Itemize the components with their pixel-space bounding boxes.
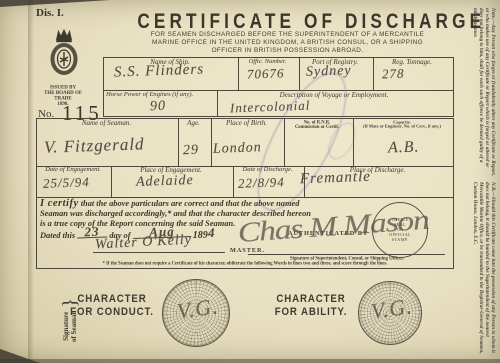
age-label: Age. (177, 119, 210, 127)
place-of-birth-label: Place of Birth. (210, 119, 283, 127)
dis-form-label: Dis. I. (36, 7, 64, 19)
seaman-name-label: Name of Seaman. (36, 119, 177, 127)
seaman-signature-margin: Signature of Seaman } (50, 280, 90, 360)
place-of-birth-value: London (213, 140, 262, 158)
capacity-value: A.B. (388, 138, 420, 157)
ship-name-value: S.S. Flinders (114, 61, 205, 81)
certificate-sheet: Dis. I. ISSUED BY THE BOARD OF TRADE 189… (0, 0, 500, 363)
capacity-label: Capacity. (If Mate or Engineer, No. of C… (358, 120, 446, 129)
forgery-warning-note: Note.—Any Person who forges or fraudulen… (455, 8, 497, 176)
ability-grade-value: V.G. (369, 293, 414, 325)
scan-corner-shadow (0, 0, 110, 7)
reg-tonnage-value: 278 (382, 66, 405, 83)
master-signature-line (93, 252, 225, 253)
conduct-stamp-icon: V.G. (162, 279, 230, 347)
character-for-conduct-label: CHARACTER FOR CONDUCT. (68, 293, 156, 319)
official-number-label: Offic. Number. (237, 58, 298, 65)
age-value: 29 (183, 143, 200, 160)
subtitle-line-1: FOR SEAMEN DISCHARGED BEFORE THE SUPERIN… (115, 31, 460, 38)
return-instruction-note: N.B.—Should this Certificate come into t… (455, 182, 497, 356)
subtitle-line-3: OFFICER IN BRITISH POSSESSION ABROAD. (115, 47, 460, 54)
horse-power-value: 90 (150, 99, 167, 116)
ability-stamp-icon: V.G. (358, 281, 422, 345)
office-seal-placeholder-icon: OFFICE SEAL OR OFFICIAL STAMP. (372, 202, 428, 258)
conduct-grade-value: V.G. (175, 293, 220, 325)
obliterate-footnote: * If the Seaman does not require a Certi… (59, 261, 430, 266)
dated-year-value: 4 (208, 228, 216, 238)
certify-line-1: I certify that the above particulars are… (40, 199, 370, 209)
horse-power-label: Horse Power of Engines (if any). (106, 91, 193, 98)
certify-lead: I certify (40, 198, 79, 209)
date-of-engagement-label: Date of Engagement. (36, 166, 110, 173)
engagement-place-value: Adelaide (136, 173, 194, 191)
character-for-ability-label: CHARACTER FOR ABILITY. (267, 293, 355, 319)
official-number-value: 70676 (247, 65, 285, 82)
paper-fold-shadow (28, 0, 34, 363)
subtitle-line-2: MARINE OFFICE IN THE UNITED KINGDOM, A B… (115, 39, 460, 46)
engagement-date-value: 25/5/94 (43, 174, 90, 192)
scan-edge-shadow (0, 359, 500, 363)
seaman-name-value: V. Fitzgerald (44, 134, 145, 157)
board-of-trade-crest-icon (47, 28, 81, 85)
reg-tonnage-label: Reg. Tonnage. (372, 58, 452, 66)
